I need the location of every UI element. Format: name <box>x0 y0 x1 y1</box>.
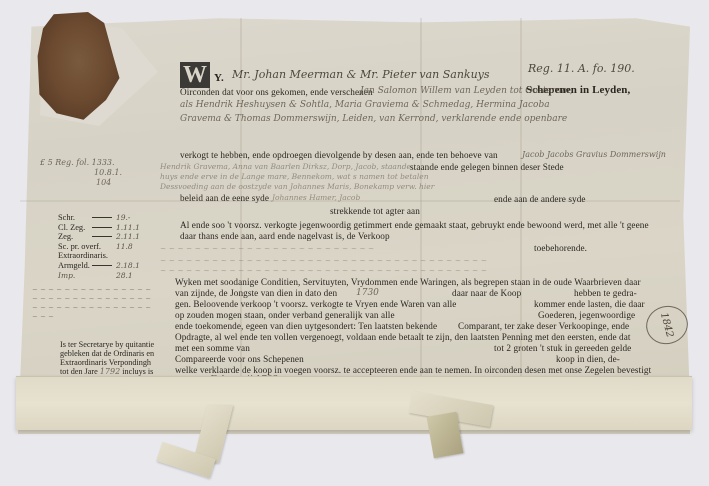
margin-handwriting: ~ ~ ~ ~ ~ ~ ~ ~ ~ ~ ~ ~ ~ ~ ~ ~ ~ ~ ~ ~ … <box>32 286 152 322</box>
body-line: op zouden mogen staan, onder verband gen… <box>175 310 395 320</box>
body-line: verkogt te hebben, ende opdroegen dievol… <box>180 150 498 160</box>
body-line: strekkende tot agter aan <box>330 206 420 216</box>
body-line: staande ende gelegen binnen deser Stede <box>410 162 564 172</box>
body-line: hebben te gedra- <box>574 288 637 298</box>
magistrate-names: Mr. Johan Meerman & Mr. Pieter van Sanku… <box>232 68 490 81</box>
sellers-line-1: Jan Salomon Willem van Leyden tot Ooster… <box>360 86 573 96</box>
body-line: welke verklaarde de koop in voegen voors… <box>175 365 651 375</box>
body-line: kommer ende lasten, die daar <box>534 299 645 309</box>
body-line: gen. Beloovende verkoop 't voorsz. verko… <box>175 299 456 309</box>
body-line: met een somme van <box>175 343 250 353</box>
margin-note-3: 104 <box>96 178 111 187</box>
property-desc-1: Hendrik Gravema, Anna van Baarlen Dirksz… <box>160 162 411 171</box>
body-line: Goederen, jegenwoordige <box>538 310 635 320</box>
document-photo: W Y. Mr. Johan Meerman & Mr. Pieter van … <box>0 0 709 486</box>
body-line: Compareerde voor ons Schepenen <box>175 354 304 364</box>
body-line: ende aan de andere syde <box>494 194 586 204</box>
body-line: daar naar de Koop <box>452 288 521 298</box>
opening-line: Oirconden dat voor ons gekomen, ende ver… <box>180 87 373 97</box>
body-line: tot 2 groten 't stuk in gereeden gelde <box>494 343 631 353</box>
decorated-initial: W <box>178 60 212 90</box>
margin-note-2: 10.8.1. <box>94 168 122 177</box>
body-line: Opdragte, al wel ende ten vollen vergeno… <box>175 332 631 342</box>
fee-ledger: Schr.19.- Cl. Zeg.1.11.1 Zeg.2.11.1 Sc. … <box>58 213 140 280</box>
body-line: Comparant, ter zake deser Verkoopinge, e… <box>458 321 629 331</box>
body-line: toebehorende. <box>534 243 587 253</box>
body-line: Al ende soo 't voorsz. verkogte jegenwoo… <box>180 220 649 230</box>
body-line: van zijnde, de Jongste van dien in dato … <box>175 288 337 298</box>
body-line: daar thans ende aan, aard ende nagelvast… <box>180 231 390 241</box>
body-line: beleid aan de eene syde <box>180 193 269 203</box>
deed-year: 1730 <box>356 288 379 298</box>
body-line: Wyken met soodanige Conditien, Servituyt… <box>175 277 641 287</box>
margin-note-1: £ 5 Reg. fol. 1333. <box>40 158 115 167</box>
property-desc-2: huys ende erve in de Lange mare, Benneko… <box>160 172 429 181</box>
header-y: Y. <box>214 72 224 84</box>
sellers-line-2: als Hendrik Heshuysen & Sohtla, Maria Gr… <box>180 100 550 110</box>
bottom-flap <box>16 376 692 430</box>
property-desc-4: Johannes Hamer, Jacob <box>272 193 360 202</box>
sellers-line-3: Gravema & Thomas Dommerswijn, Leiden, va… <box>180 114 567 124</box>
body-line: koop in dien, de- <box>556 354 620 364</box>
register-reference: Reg. 11. A. fo. 190. <box>528 62 635 75</box>
body-line: ende toekomende, egeen van dien uytgeson… <box>175 321 437 331</box>
buyer-name: Jacob Jacobs Gravius Dommerswijn <box>522 150 666 159</box>
property-desc-3: Dessvoeding aan de oostzyde van Johannes… <box>160 182 434 191</box>
